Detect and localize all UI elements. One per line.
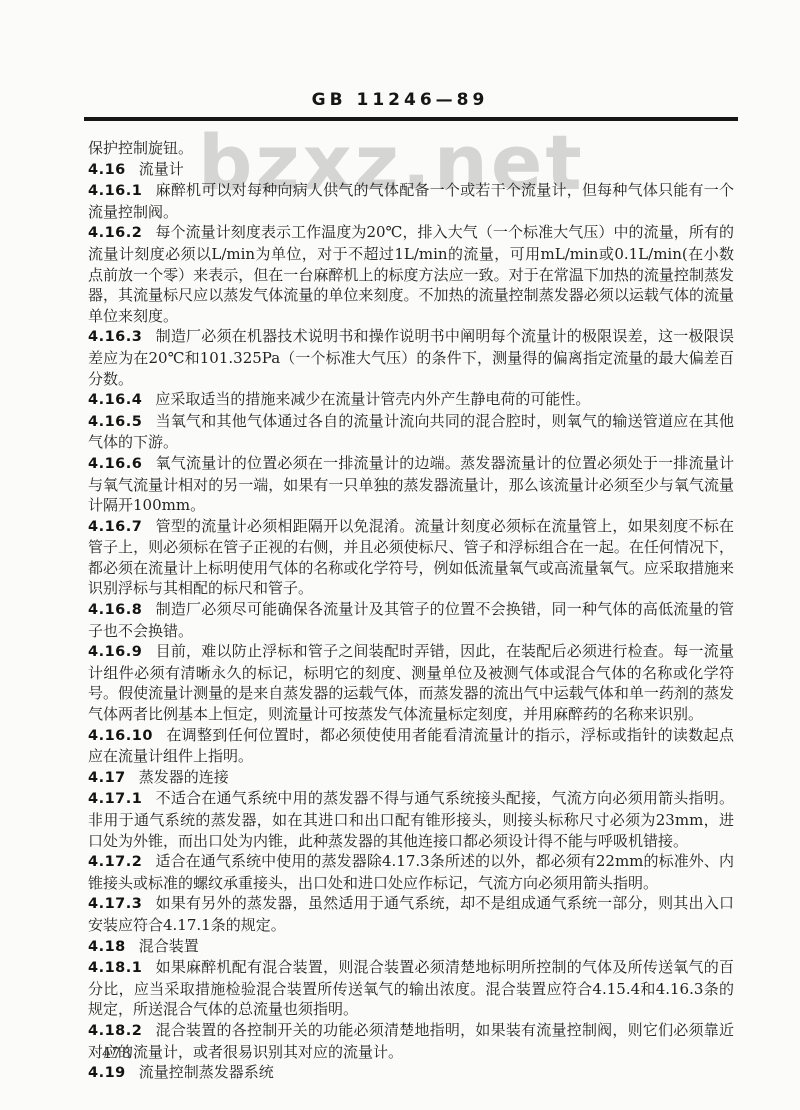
clause-number: 4.16.1 xyxy=(88,183,142,199)
paragraph-text: 保护控制旋钮。 xyxy=(88,139,193,157)
clause-number: 4.17.2 xyxy=(88,854,142,870)
clause-number: 4.17 xyxy=(88,770,126,786)
scanned-standard-page: GB 11246—89 bzxz.net 保护控制旋钮。 4.16流量计 4.1… xyxy=(0,0,800,1110)
clause-text: 适合在通气系统中使用的蒸发器除4.17.3条所述的以外，都必须有22mm的标准外… xyxy=(88,852,734,892)
clause-text: 制造厂必须在机器技术说明书和操作说明书中阐明每个流量计的极限误差，这一极限误差应… xyxy=(88,327,734,387)
clause-4-16-8: 4.16.8制造厂必须尽可能确保各流量计及其管子的位置不会换错，同一种气体的高低… xyxy=(88,599,734,641)
clause-number: 4.16.9 xyxy=(88,644,142,660)
clause-text: 不适合在通气系统中用的蒸发器不得与通气系统接头配接，气流方向必须用箭头指明。非用… xyxy=(88,789,734,849)
header-rule xyxy=(84,117,738,121)
clause-text: 目前，难以防止浮标和管子之间装配时弄错，因此，在装配后必须进行检查。每一流量计组… xyxy=(88,642,734,723)
clause-text: 如果有另外的蒸发器，虽然适用于通气系统，却不是组成通气系统一部分，则其出入口安装… xyxy=(88,894,734,934)
standard-number-header: GB 11246—89 xyxy=(0,90,800,110)
clause-4-17-2: 4.17.2适合在通气系统中使用的蒸发器除4.17.3条所述的以外，都必须有22… xyxy=(88,851,734,893)
clause-4-16-10: 4.16.10在调整到任何位置时，都必须使使用者能看清流量计的指示，浮标或指针的… xyxy=(88,725,734,767)
clause-4-17-1: 4.17.1不适合在通气系统中用的蒸发器不得与通气系统接头配接，气流方向必须用箭… xyxy=(88,788,734,851)
clause-number: 4.16 xyxy=(88,162,126,178)
clause-4-18-2: 4.18.2混合装置的各控制开关的功能必须清楚地指明，如果装有流量控制阀，则它们… xyxy=(88,1020,734,1062)
clause-4-19-heading: 4.19流量控制蒸发器系统 xyxy=(88,1062,734,1084)
continuation-paragraph: 保护控制旋钮。 xyxy=(88,138,734,159)
clause-text: 混合装置的各控制开关的功能必须清楚地指明，如果装有流量控制阀，则它们必须靠近对应… xyxy=(88,1021,734,1061)
clause-text: 当氧气和其他气体通过各自的流量计流向共同的混合腔时，则氧气的输送管道应在其他气体… xyxy=(88,412,734,452)
clause-text: 麻醉机可以对每种向病人供气的气体配备一个或若干个流量计，但每种气体只能有一个流量… xyxy=(88,181,734,221)
clause-4-16-heading: 4.16流量计 xyxy=(88,159,734,181)
clause-4-17-heading: 4.17蒸发器的连接 xyxy=(88,767,734,789)
clause-title: 流量计 xyxy=(139,160,184,178)
page-number: 478 xyxy=(102,1046,132,1062)
clause-number: 4.17.1 xyxy=(88,791,142,807)
clause-4-16-5: 4.16.5当氧气和其他气体通过各自的流量计流向共同的混合腔时，则氧气的输送管道… xyxy=(88,411,734,453)
clause-4-16-9: 4.16.9目前，难以防止浮标和管子之间装配时弄错，因此，在装配后必须进行检查。… xyxy=(88,641,734,724)
clause-number: 4.16.6 xyxy=(88,456,142,472)
clause-4-16-2: 4.16.2每个流量计刻度表示工作温度为20℃，排入大气（一个标准大气压）中的流… xyxy=(88,222,734,326)
clause-text: 制造厂必须尽可能确保各流量计及其管子的位置不会换错，同一种气体的高低流量的管子也… xyxy=(88,600,734,640)
clause-title: 混合装置 xyxy=(139,937,199,955)
clause-number: 4.16.2 xyxy=(88,225,142,241)
clause-number: 4.18.1 xyxy=(88,960,142,976)
clause-number: 4.17.3 xyxy=(88,896,142,912)
clause-number: 4.19 xyxy=(88,1065,126,1081)
clause-number: 4.16.7 xyxy=(88,519,142,535)
clause-4-16-6: 4.16.6氧气流量计的位置必须在一排流量计的边端。蒸发器流量计的位置必须处于一… xyxy=(88,453,734,516)
clause-text: 氧气流量计的位置必须在一排流量计的边端。蒸发器流量计的位置必须处于一排流量计与氧… xyxy=(88,454,734,514)
clause-number: 4.18 xyxy=(88,939,126,955)
clause-4-17-3: 4.17.3如果有另外的蒸发器，虽然适用于通气系统，却不是组成通气系统一部分，则… xyxy=(88,893,734,935)
clause-text: 管型的流量计必须相距隔开以免混淆。流量计刻度必须标在流量管上，如果刻度不标在管子… xyxy=(88,517,734,598)
clause-text: 在调整到任何位置时，都必须使使用者能看清流量计的指示，浮标或指针的读数起点应在流… xyxy=(88,726,734,766)
clause-text: 每个流量计刻度表示工作温度为20℃，排入大气（一个标准大气压）中的流量，所有的流… xyxy=(88,223,734,324)
clause-4-18-heading: 4.18混合装置 xyxy=(88,936,734,958)
clause-number: 4.16.5 xyxy=(88,414,142,430)
clause-text: 如果麻醉机配有混合装置，则混合装置必须清楚地标明所控制的气体及所传送氧气的百分比… xyxy=(88,958,734,1018)
clause-4-16-7: 4.16.7管型的流量计必须相距隔开以免混淆。流量计刻度必须标在流量管上，如果刻… xyxy=(88,516,734,599)
clause-title: 流量控制蒸发器系统 xyxy=(139,1063,274,1081)
clause-number: 4.16.3 xyxy=(88,329,142,345)
clause-number: 4.18.2 xyxy=(88,1023,142,1039)
clause-4-16-4: 4.16.4应采取适当的措施来减少在流量计管壳内外产生静电荷的可能性。 xyxy=(88,389,734,411)
clause-4-16-3: 4.16.3制造厂必须在机器技术说明书和操作说明书中阐明每个流量计的极限误差，这… xyxy=(88,326,734,389)
clause-number: 4.16.10 xyxy=(88,728,153,744)
clause-number: 4.16.8 xyxy=(88,602,142,618)
clause-number: 4.16.4 xyxy=(88,392,142,408)
document-body: 保护控制旋钮。 4.16流量计 4.16.1麻醉机可以对每种向病人供气的气体配备… xyxy=(88,138,734,1084)
clause-4-18-1: 4.18.1如果麻醉机配有混合装置，则混合装置必须清楚地标明所控制的气体及所传送… xyxy=(88,957,734,1020)
clause-4-16-1: 4.16.1麻醉机可以对每种向病人供气的气体配备一个或若干个流量计，但每种气体只… xyxy=(88,180,734,222)
clause-title: 蒸发器的连接 xyxy=(139,768,229,786)
clause-text: 应采取适当的措施来减少在流量计管壳内外产生静电荷的可能性。 xyxy=(155,390,590,408)
